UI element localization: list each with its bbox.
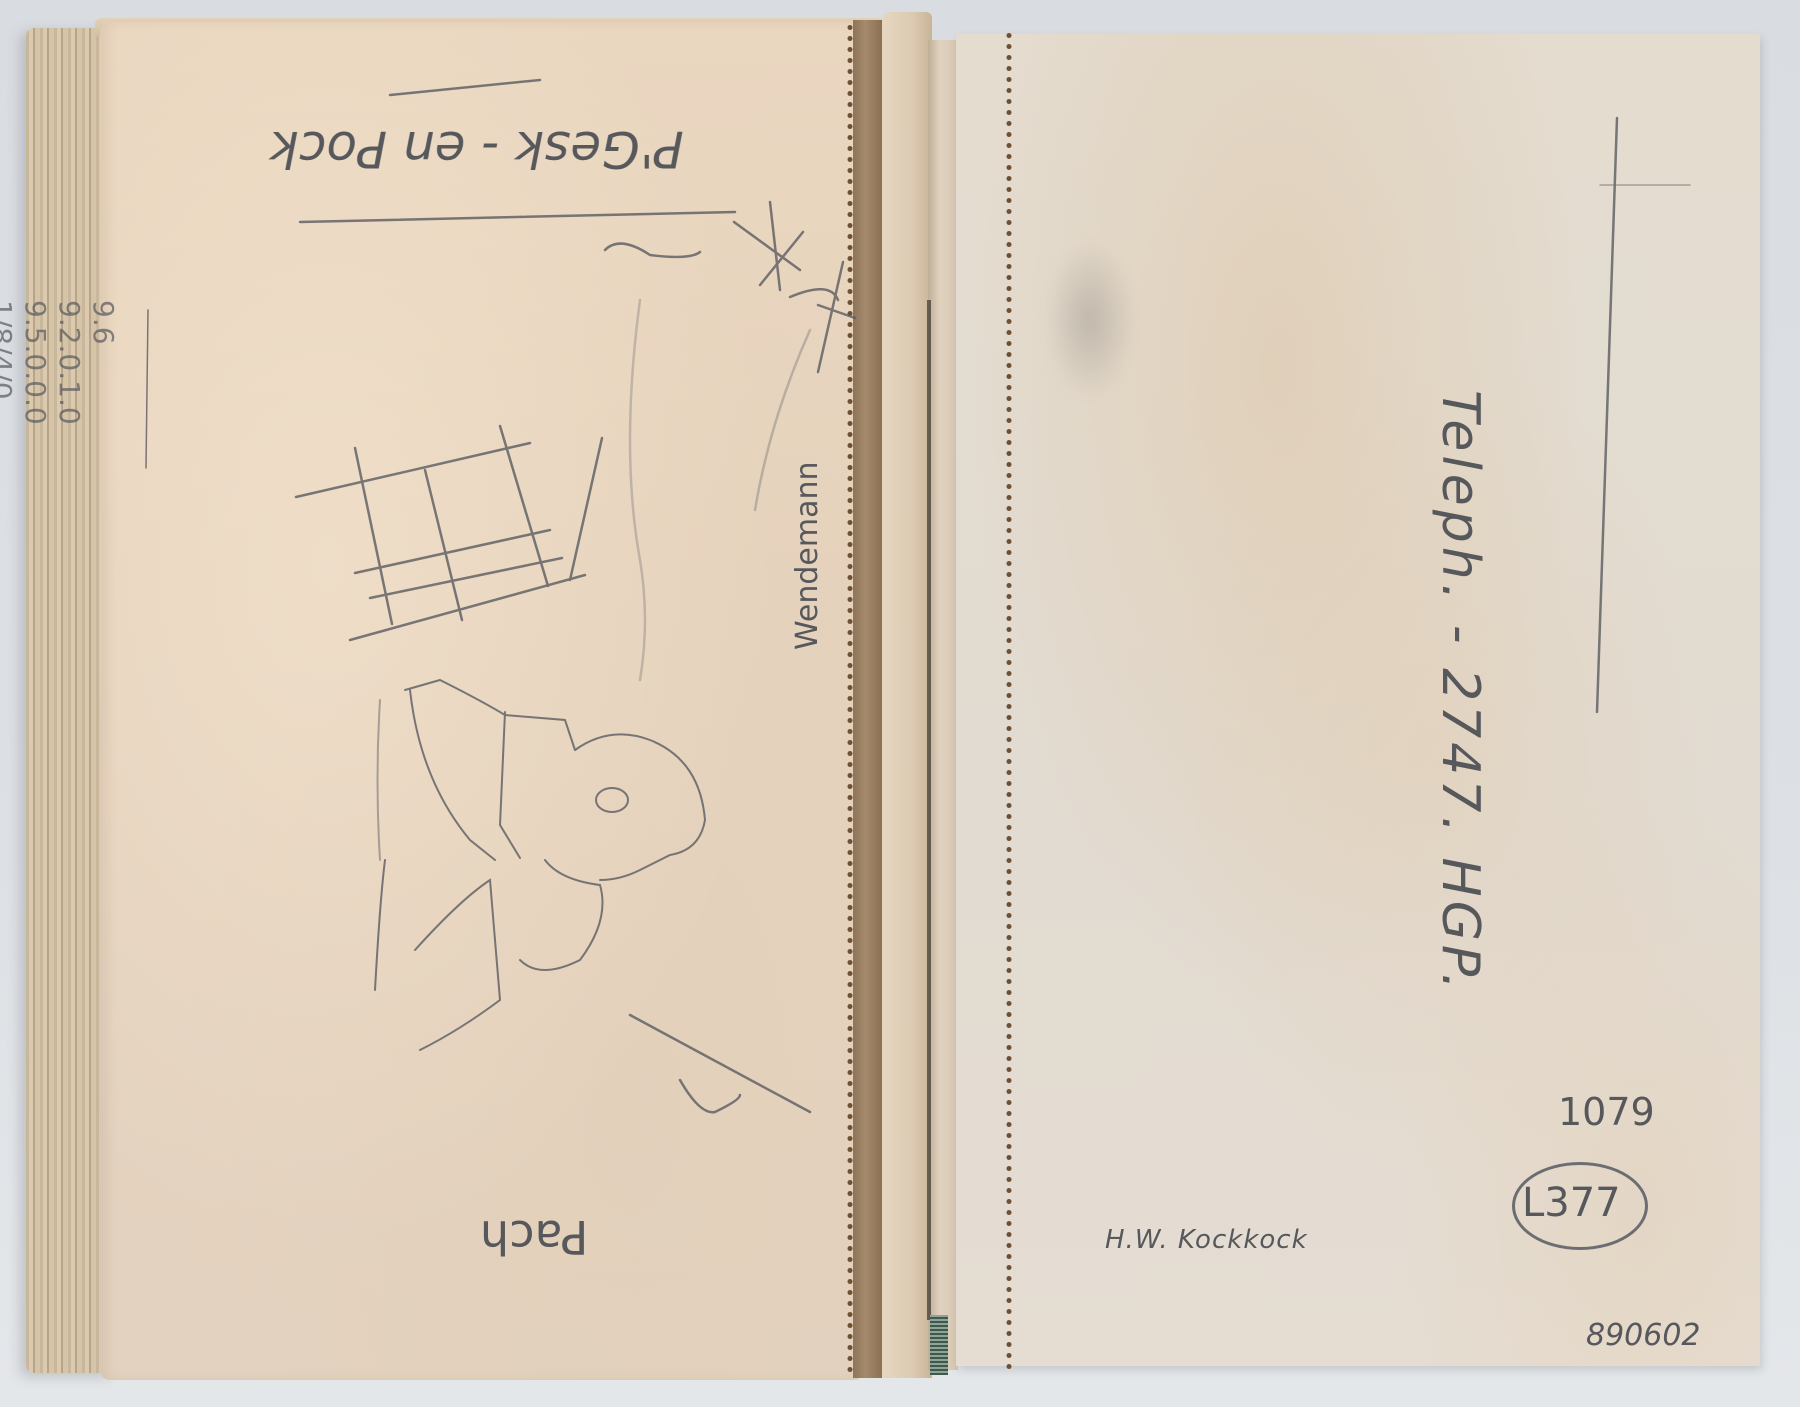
portrait-of-man-in-hat-sketch: [375, 680, 705, 1050]
bottom-scribble: Pach: [480, 1210, 588, 1264]
margin-numbers: 9.6 9.2.0.1.0 9.5.0.0.0 1/8/4/0: [0, 300, 120, 425]
vertical-annotation: Wendemann: [790, 461, 825, 650]
catalogue-number: 1079: [1558, 1090, 1655, 1134]
telephone-note: Teleph. - 2747. HGP.: [1430, 390, 1490, 994]
inventory-number: 890602: [1586, 1318, 1701, 1353]
upside-down-heading: P'Gesk - en Pock: [270, 120, 684, 178]
margin-number-3: 9.5.0.0.0: [19, 300, 52, 425]
circled-number: L377: [1522, 1180, 1621, 1226]
window-frame-sketch: [296, 426, 602, 640]
author-name: H.W. Kockkock: [1105, 1225, 1308, 1255]
margin-number-1: 9.6: [87, 300, 120, 345]
star-sketch: [605, 202, 855, 372]
margin-number-2: 9.2.0.1.0: [53, 300, 86, 425]
margin-number-4: 1/8/4/0: [0, 300, 18, 400]
